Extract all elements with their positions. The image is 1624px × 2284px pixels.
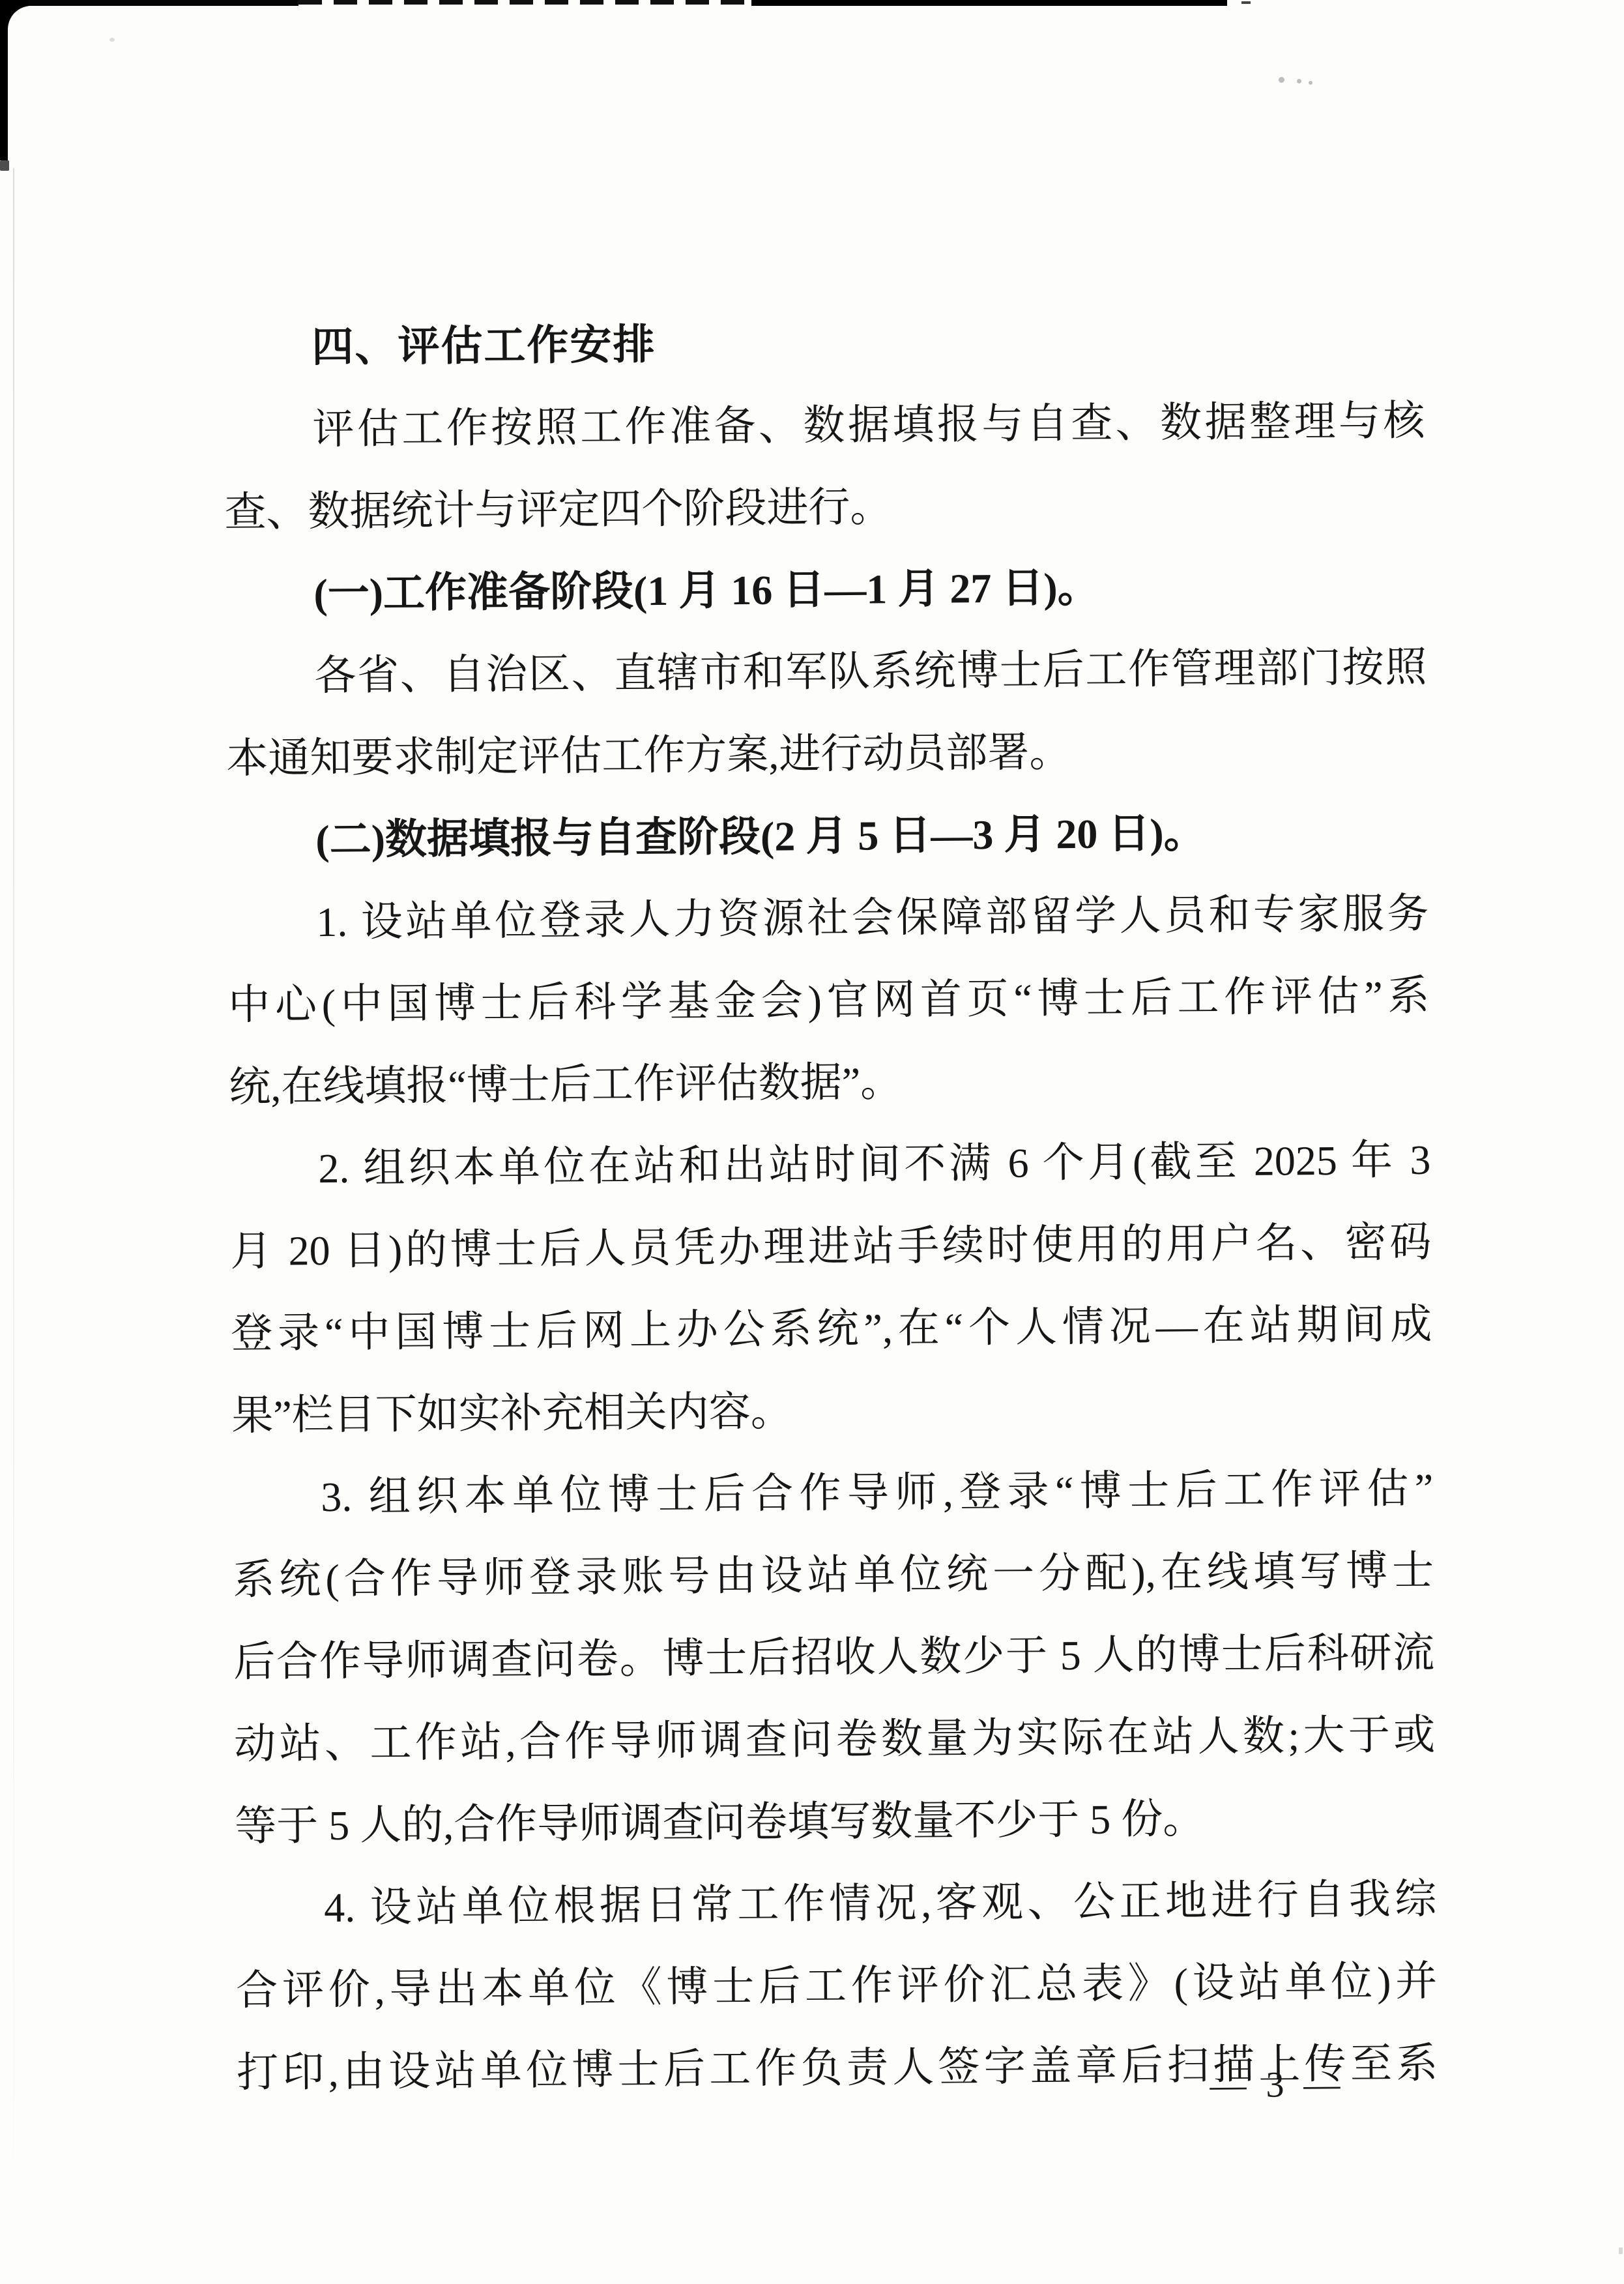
document-line: (二)数据填报与自查阶段(2 月 5 日—3 月 20 日)。	[227, 791, 1428, 882]
document-line: 中心(中国博士后科学基金会)官网首页“博士后工作评估”系	[228, 955, 1430, 1046]
section-heading: 四、评估工作安排	[223, 298, 1425, 389]
document-line: 动站、工作站,合作导师调查问卷数量为实际在站人数;大于或	[234, 1694, 1436, 1785]
document-line: 1. 设站单位登录人力资源社会保障部留学人员和专家服务	[227, 873, 1429, 964]
document-line: 3. 组织本单位博士后合作导师,登录“博士后工作评估”	[232, 1448, 1434, 1539]
document-line: 各省、自治区、直辖市和军队系统博士后工作管理部门按照	[225, 626, 1427, 718]
scanned-document-page: 四、评估工作安排评估工作按照工作准备、数据填报与自查、数据整理与核查、数据统计与…	[0, 0, 1624, 2284]
document-line: 等于 5 人的,合作导师调查问卷填写数量不少于 5 份。	[235, 1776, 1436, 1867]
document-line: 评估工作按照工作准备、数据填报与自查、数据整理与核	[224, 380, 1425, 471]
document-line: 登录“中国博士后网上办公系统”,在“个人情况—在站期间成	[231, 1283, 1432, 1375]
document-line: 统,在线填报“博士后工作评估数据”。	[229, 1037, 1430, 1128]
document-line: 本通知要求制定评估工作方案,进行动员部署。	[226, 709, 1428, 800]
document-line: 果”栏目下如实补充相关内容。	[231, 1366, 1433, 1457]
document-line: (一)工作准备阶段(1 月 16 日—1 月 27 日)。	[225, 544, 1427, 636]
document-line: 4. 设站单位根据日常工作情况,客观、公正地进行自我综	[235, 1858, 1437, 1950]
document-content: 四、评估工作安排评估工作按照工作准备、数据填报与自查、数据整理与核查、数据统计与…	[0, 0, 1624, 2284]
document-line: 后合作导师调查问卷。博士后招收人数少于 5 人的博士后科研流	[233, 1612, 1435, 1703]
document-line: 查、数据统计与评定四个阶段进行。	[224, 462, 1426, 553]
document-lines: 四、评估工作安排评估工作按照工作准备、数据填报与自查、数据整理与核查、数据统计与…	[223, 298, 1438, 2114]
document-line: 月 20 日)的博士后人员凭办理进站手续时使用的用户名、密码	[230, 1201, 1432, 1293]
page-number: — 3 —	[1210, 2064, 1345, 2107]
document-line: 2. 组织本单位在站和出站时间不满 6 个月(截至 2025 年 3	[229, 1119, 1431, 1210]
document-line: 合评价,导出本单位《博士后工作评价汇总表》(设站单位)并	[236, 1940, 1438, 2032]
document-line: 系统(合作导师登录账号由设站单位统一分配),在线填写博士	[233, 1530, 1434, 1621]
